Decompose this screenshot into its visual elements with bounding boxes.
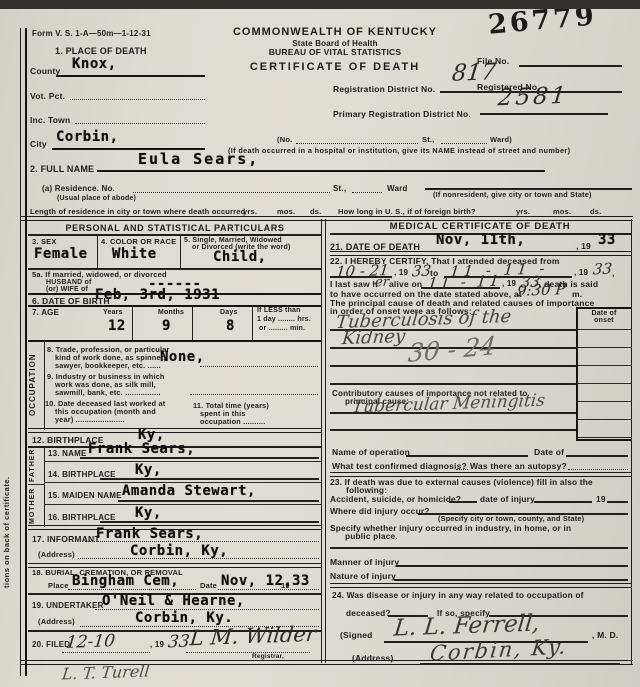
line [578,365,631,366]
line [441,141,487,144]
line [75,121,205,124]
md-label: , M. D. [592,631,618,641]
last-worked-label-3: year) ...................... [55,416,125,424]
trade-label-3: sawyer, bookkeeper, etc. ...... [55,362,161,370]
left-border-inner [25,28,27,676]
burial-place-label: Place [48,582,69,590]
sex-value: Female [34,246,88,262]
line [396,565,628,567]
dod-year-value: 33 [598,232,616,248]
line [330,412,576,414]
burial-date-label: Date [200,582,217,590]
registration-district-label: Registration District No. [333,85,435,95]
from-19-prefix: , 19 [394,269,408,278]
specify-injury-label-2: public place. [345,532,398,541]
operation-label: Name of operation [332,448,410,458]
line [296,141,418,144]
commonwealth-title: COMMONWEALTH OF KENTUCKY [215,26,455,38]
manner-of-injury-label: Manner of injury [330,558,399,568]
line [566,455,628,457]
line [70,97,205,100]
full-name-value: Eula Sears, [138,150,259,168]
line [100,521,319,523]
line [406,455,528,457]
column-divider-outer [321,219,322,663]
cell-divider [180,236,181,268]
age-days-value: 8 [226,318,235,334]
where-injury-label: Where did injury occur? [330,507,430,516]
residence-label: (a) Residence. No. [42,185,115,194]
attended-to-year: 33 [592,260,613,279]
line [56,75,205,77]
full-name-label: 2. FULL NAME [30,164,94,174]
line [62,650,150,653]
certificate-title: CERTIFICATE OF DEATH [215,61,455,73]
date-of-death-value: Nov, 11th, [436,232,525,248]
line [80,457,319,459]
line [352,190,382,193]
accident-label: Accident, suicide, or homicide? [330,495,461,504]
line [456,467,468,470]
line [519,65,622,67]
line [330,383,576,385]
line [28,340,321,342]
line [578,419,631,420]
where-injury-note: (Specify city or town, county, and State… [438,515,584,523]
inc-town-label: Inc. Town [30,116,70,126]
injury-19-prefix: 19 [596,495,606,504]
operation-date-of-label: Date of [534,448,564,458]
hospital-note: (If death occurred in a hospital or inst… [228,147,570,155]
father-side-label: FATHER [29,447,42,483]
cause-code-value: 30 - 24 [407,331,497,368]
line [218,587,319,590]
physician-address-label: (Address) [352,654,393,664]
autopsy-label: Was there an autopsy? [470,462,567,472]
cell-divider [97,236,98,268]
line [578,329,631,330]
line [330,547,628,549]
marital-value: Child, [213,249,267,265]
line [118,500,319,502]
father-birthplace-value: Ky, [135,462,162,478]
saw-19-prefix: , 19 [502,280,516,289]
line [578,437,631,438]
place-of-death-section-label: 1. PLACE OF DEATH [55,46,147,56]
line [576,439,631,441]
test-label: What test confirmed diagnosis? [332,462,467,472]
date-of-injury-label: date of injury [480,495,535,504]
undertaker-label: 19. UNDERTAKER [32,602,104,611]
cell-divider [44,446,45,527]
right-border [631,219,632,665]
abode-note: (Usual place of abode) [57,195,136,203]
father-name-value: Frank Sears, [88,441,195,457]
signed-label: (Signed [340,631,373,641]
line [200,364,318,367]
age-label: 7. AGE [32,309,59,318]
time-of-death-value: 9:30 P [516,280,566,300]
line [568,467,628,470]
residence-ward-label: Ward [387,185,408,194]
line [545,91,622,93]
industry-label-3: sawmill, bank, etc. ................ [55,389,161,397]
registered-no-label: Registered No. [477,83,540,93]
line [330,429,576,431]
ward-label: Ward) [490,136,512,144]
line [85,539,319,542]
line [186,650,310,653]
primary-district-label: Primary Registration District No. [333,110,471,120]
left-border-outer [20,28,21,676]
age-years-value: 12 [108,318,126,334]
line [449,501,477,503]
line [28,234,321,236]
street-no-label: (No. [277,136,292,144]
onset-box-border [576,307,578,441]
line [576,307,631,309]
line [330,365,576,367]
occupation-side-label: OCCUPATION [28,341,43,429]
line [97,170,545,172]
voting-precinct-label: Vot. Pct. [30,92,65,102]
cell-divider [132,305,133,340]
to-19-prefix: , 19 [574,269,588,278]
line [78,556,319,559]
date-of-birth-value: Feb, 3rd, 1931 [95,287,220,303]
trade-value: None, [160,349,205,365]
clerk-pencil-signature: L. T. Turell [61,661,151,683]
color-race-value: White [112,246,157,262]
if-less-label-1: If LESS than [257,307,301,315]
residence-st-label: St., [333,185,346,194]
form-number: Form V. S. 1-A—50m—1-12-31 [32,30,151,39]
informant-address-label: (Address) [38,551,75,559]
occupation-related-question: 24. Was disease or injury in any way rel… [332,591,584,600]
cell-divider [252,305,253,340]
mother-maiden-name-label: 15. MAIDEN NAME [48,492,122,501]
age-months-value: 9 [162,318,171,334]
line [578,347,631,348]
city-value: Corbin, [56,129,119,145]
line [100,478,319,480]
cause-of-death-line-2: Kidney [341,326,406,349]
filed-19-prefix: , 19 [150,641,164,650]
city-label: City [30,140,47,150]
mother-birthplace-value: Ky, [135,505,162,521]
line [133,190,330,193]
cell-divider [192,305,193,340]
age-months-label: Months [158,309,184,317]
margin-instructions-note: tions on back of certificate. [2,398,14,666]
bureau-subtitle: BUREAU OF VITAL STATISTICS [215,48,455,58]
mother-side-label: MOTHER [29,485,42,526]
trailing-comma: , [612,269,615,279]
line [578,401,631,402]
personal-particulars-title: PERSONAL AND STATISTICAL PARTICULARS [28,223,322,233]
nonresident-note: (If nonresident, give city or town and S… [433,191,592,199]
registrar-signature: L M. Wilder [189,622,317,651]
last-saw-her: er [374,275,389,291]
scan-edge-shadow [0,0,640,9]
nature-of-injury-label: Nature of injury [330,572,396,582]
mother-maiden-name-value: Amanda Stewart, [122,483,256,499]
line [534,501,592,503]
if-less-label-3: or ......... min. [259,325,305,333]
line [44,461,321,462]
column-divider-inner [325,219,326,663]
line [68,587,196,590]
age-years-label: Years [103,309,123,317]
street-label: St., [422,136,434,144]
if-less-label-2: 1 day ........ hrs. [257,316,311,324]
line [28,484,44,485]
county-value: Knox, [72,56,117,72]
date-of-onset-label-2: onset [578,317,630,325]
line [420,663,620,665]
cell-divider [44,340,45,430]
total-time-label-3: occupation .......... [200,418,265,426]
registrar-label: Registrar, [252,653,284,660]
line [330,583,631,588]
line [190,392,318,395]
undertaker-address-label: (Address) [38,618,75,626]
death-certificate-scan: 26779 Form V. S. 1-A—50m—1-12-31 COMMONW… [0,0,640,687]
line [607,501,628,503]
file-no-label: File No. [477,57,509,67]
line [578,383,631,384]
deceased-label: deceased? [346,609,391,618]
line [44,504,321,505]
line [28,428,321,433]
age-days-label: Days [220,309,238,317]
line [394,579,628,581]
line [480,113,608,115]
